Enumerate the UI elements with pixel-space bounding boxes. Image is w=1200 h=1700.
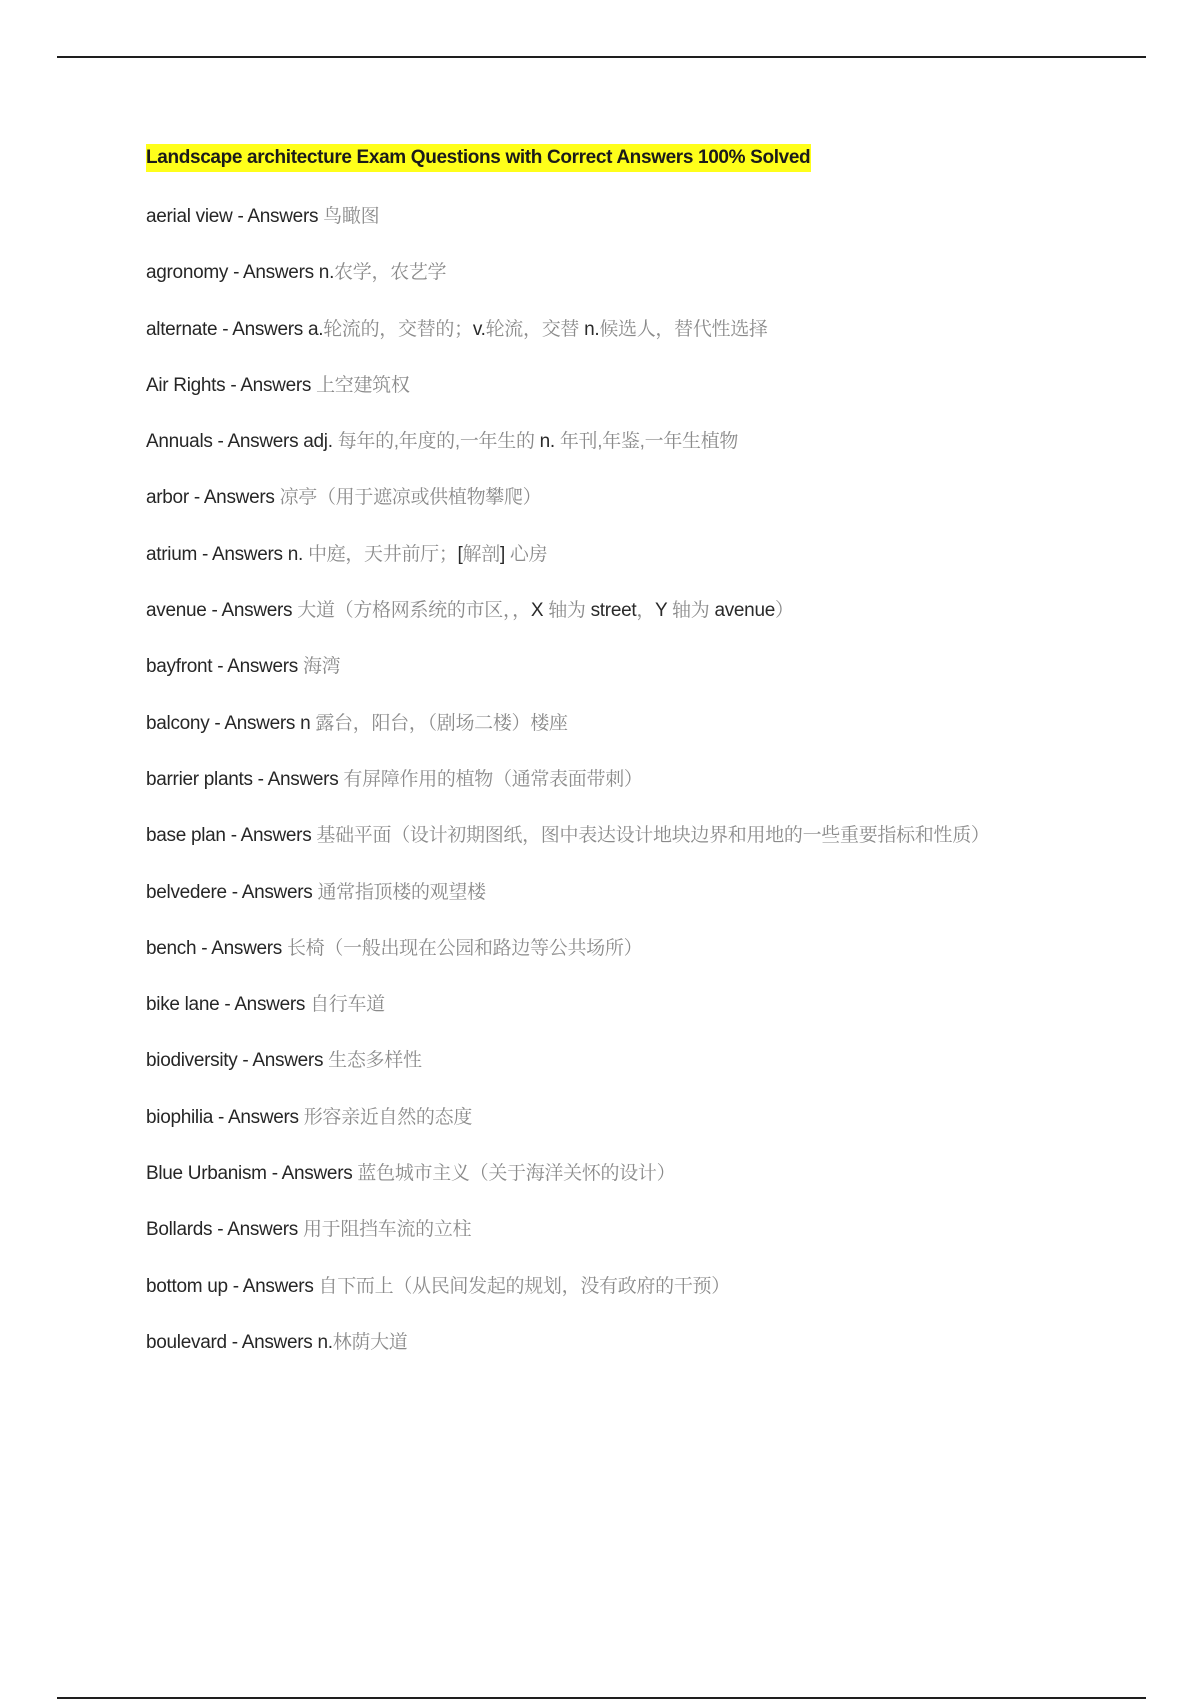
entry-answer: a.轮流的，交替的；v.轮流，交替 n.候选人，替代性选择 — [308, 319, 768, 340]
entry-separator: - — [258, 769, 264, 790]
qa-entry: base plan - Answers 基础平面（设计初期图纸，图中表达设计地块… — [146, 819, 1086, 853]
answer-cjk-segment: 露台，阳台，（剧场二楼）楼座 — [315, 713, 567, 734]
answers-label: Answers — [234, 994, 305, 1015]
answers-label: Answers — [243, 1276, 314, 1297]
header-rule — [57, 56, 1146, 58]
answers-label: Answers — [252, 1050, 323, 1071]
qa-entry: bottom up - Answers 自下而上（从民间发起的规划，没有政府的干… — [146, 1270, 1086, 1304]
answer-cjk-segment: 候选人，替代性选择 — [599, 319, 767, 340]
qa-entry: boulevard - Answers n.林荫大道 — [146, 1326, 1086, 1360]
entry-term: aerial view — [146, 206, 232, 227]
entry-term: barrier plants — [146, 769, 253, 790]
qa-entry: avenue - Answers 大道（方格网系统的市区，，X 轴为 stree… — [146, 594, 1086, 628]
entry-answer: 有屏障作用的植物（通常表面带刺） — [343, 769, 642, 790]
entry-separator: - — [217, 656, 223, 677]
qa-list: aerial view - Answers 鸟瞰图agronomy - Answ… — [146, 200, 1086, 1360]
answer-cjk-segment: 形容亲近自然的态度 — [304, 1107, 472, 1128]
entry-term: alternate — [146, 319, 217, 340]
answer-latin-segment: Y — [655, 600, 672, 621]
answer-latin-segment: n. — [288, 544, 308, 565]
entry-separator: - — [231, 825, 237, 846]
entry-separator: - — [233, 1276, 239, 1297]
answers-label: Answers — [242, 882, 313, 903]
answer-cjk-segment: 上空建筑权 — [316, 375, 410, 396]
answers-label: Answers — [243, 262, 314, 283]
entry-separator: - — [202, 544, 208, 565]
answer-cjk-segment: 轴为 — [672, 600, 714, 621]
entry-separator: - — [212, 600, 218, 621]
entry-term: Blue Urbanism — [146, 1163, 267, 1184]
qa-entry: bayfront - Answers 海湾 — [146, 650, 1086, 684]
answer-latin-segment: street — [591, 600, 637, 621]
answer-cjk-segment: 自下而上（从民间发起的规划，没有政府的干预） — [319, 1276, 730, 1297]
answer-cjk-segment: 轮流，交替 — [486, 319, 584, 340]
entry-term: arbor — [146, 487, 189, 508]
entry-separator: - — [233, 262, 239, 283]
entry-separator: - — [218, 431, 224, 452]
entry-term: avenue — [146, 600, 207, 621]
entry-term: belvedere — [146, 882, 227, 903]
qa-entry: Blue Urbanism - Answers 蓝色城市主义（关于海洋关怀的设计… — [146, 1157, 1086, 1191]
answer-cjk-segment: 通常指顶楼的观望楼 — [317, 882, 485, 903]
entry-answer: 蓝色城市主义（关于海洋关怀的设计） — [357, 1163, 675, 1184]
entry-term: agronomy — [146, 262, 228, 283]
answer-cjk-segment: 轮流的，交替的； — [323, 319, 473, 340]
answer-latin-segment: adj. — [303, 431, 337, 452]
entry-term: bike lane — [146, 994, 219, 1015]
answer-cjk-segment: 长椅（一般出现在公园和路边等公共场所） — [287, 938, 642, 959]
answers-label: Answers — [241, 825, 312, 846]
answers-label: Answers — [268, 769, 339, 790]
answer-latin-segment: ] — [500, 544, 510, 565]
entry-separator: - — [217, 1219, 223, 1240]
entry-term: boulevard — [146, 1332, 227, 1353]
answers-label: Answers — [222, 600, 293, 621]
entry-answer: 自行车道 — [310, 994, 385, 1015]
entry-separator: - — [230, 375, 236, 396]
entry-answer: n. 中庭，天井前厅；[解剖] 心房 — [288, 544, 548, 565]
qa-entry: arbor - Answers 凉亭（用于遮凉或供植物攀爬） — [146, 481, 1086, 515]
answers-label: Answers — [228, 431, 299, 452]
entry-separator: - — [201, 938, 207, 959]
entry-term: Bollards — [146, 1219, 212, 1240]
entry-term: biodiversity — [146, 1050, 237, 1071]
entry-answer: adj. 每年的,年度的,一年生的 n. 年刊,年鉴,一年生植物 — [303, 431, 738, 452]
qa-entry: belvedere - Answers 通常指顶楼的观望楼 — [146, 876, 1086, 910]
entry-term: Air Rights — [146, 375, 225, 396]
answer-cjk-segment: 每年的,年度的,一年生的 — [338, 431, 540, 452]
entry-answer: 凉亭（用于遮凉或供植物攀爬） — [280, 487, 542, 508]
entry-separator: - — [272, 1163, 278, 1184]
footer-rule — [57, 1697, 1146, 1699]
entry-answer: 通常指顶楼的观望楼 — [317, 882, 485, 903]
answer-cjk-segment: 基础平面（设计初期图纸，图中表达设计地块边界和用地的一些重要指标和性质） — [316, 825, 989, 846]
entry-term: Annuals — [146, 431, 213, 452]
entry-separator: - — [214, 713, 220, 734]
entry-answer: 大道（方格网系统的市区，，X 轴为 street，Y 轴为 avenue） — [297, 600, 793, 621]
qa-entry: aerial view - Answers 鸟瞰图 — [146, 200, 1086, 234]
entry-term: bottom up — [146, 1276, 228, 1297]
entry-separator: - — [218, 1107, 224, 1128]
qa-entry: bike lane - Answers 自行车道 — [146, 988, 1086, 1022]
entry-term: base plan — [146, 825, 226, 846]
entry-answer: 鸟瞰图 — [323, 206, 379, 227]
answer-latin-segment: v. — [473, 319, 486, 340]
answer-cjk-segment: 自行车道 — [310, 994, 385, 1015]
answers-label: Answers — [242, 1332, 313, 1353]
entry-term: balcony — [146, 713, 209, 734]
document-body: Landscape architecture Exam Questions wi… — [146, 144, 1086, 1382]
entry-answer: 海湾 — [303, 656, 340, 677]
qa-entry: Bollards - Answers 用于阻挡车流的立柱 — [146, 1213, 1086, 1247]
qa-entry: agronomy - Answers n.农学，农艺学 — [146, 256, 1086, 290]
entry-separator: - — [242, 1050, 248, 1071]
answers-label: Answers — [282, 1163, 353, 1184]
answer-cjk-segment: 有屏障作用的植物（通常表面带刺） — [343, 769, 642, 790]
answer-cjk-segment: 农学，农艺学 — [334, 262, 446, 283]
answer-cjk-segment: 解剖 — [463, 544, 500, 565]
entry-answer: 长椅（一般出现在公园和路边等公共场所） — [287, 938, 642, 959]
answer-latin-segment: n. — [317, 1332, 332, 1353]
answers-label: Answers — [247, 206, 318, 227]
answers-label: Answers — [211, 938, 282, 959]
entry-answer: 形容亲近自然的态度 — [304, 1107, 472, 1128]
entry-term: bayfront — [146, 656, 212, 677]
answer-cjk-segment: 用于阻挡车流的立柱 — [303, 1219, 471, 1240]
answer-cjk-segment: 年刊,年鉴,一年生植物 — [560, 431, 738, 452]
entry-answer: 自下而上（从民间发起的规划，没有政府的干预） — [319, 1276, 730, 1297]
answer-cjk-segment: ， — [636, 600, 655, 621]
entry-separator: - — [224, 994, 230, 1015]
entry-term: atrium — [146, 544, 197, 565]
qa-entry: balcony - Answers n 露台，阳台，（剧场二楼）楼座 — [146, 707, 1086, 741]
answer-cjk-segment: 林荫大道 — [333, 1332, 408, 1353]
answer-cjk-segment: 蓝色城市主义（关于海洋关怀的设计） — [357, 1163, 675, 1184]
answers-label: Answers — [212, 544, 283, 565]
answers-label: Answers — [228, 1107, 299, 1128]
answer-cjk-segment: 鸟瞰图 — [323, 206, 379, 227]
qa-entry: Annuals - Answers adj. 每年的,年度的,一年生的 n. 年… — [146, 425, 1086, 459]
answer-latin-segment: avenue — [714, 600, 775, 621]
answer-cjk-segment: 心房 — [510, 544, 547, 565]
answer-cjk-segment: 凉亭（用于遮凉或供植物攀爬） — [280, 487, 542, 508]
answer-latin-segment: n. — [584, 319, 599, 340]
answer-latin-segment: n. — [540, 431, 560, 452]
entry-separator: - — [222, 319, 228, 340]
answers-label: Answers — [227, 1219, 298, 1240]
answers-label: Answers — [232, 319, 303, 340]
answer-cjk-segment: 轴为 — [548, 600, 590, 621]
answer-cjk-segment: 大道（方格网系统的市区，， — [297, 600, 531, 621]
answers-label: Answers — [204, 487, 275, 508]
entry-answer: 用于阻挡车流的立柱 — [303, 1219, 471, 1240]
answers-label: Answers — [227, 656, 298, 677]
entry-answer: 生态多样性 — [328, 1050, 422, 1071]
answer-latin-segment: a. — [308, 319, 323, 340]
qa-entry: atrium - Answers n. 中庭，天井前厅；[解剖] 心房 — [146, 538, 1086, 572]
title-block: Landscape architecture Exam Questions wi… — [146, 144, 1086, 174]
answers-label: Answers — [224, 713, 295, 734]
entry-answer: n.农学，农艺学 — [319, 262, 446, 283]
qa-entry: biophilia - Answers 形容亲近自然的态度 — [146, 1101, 1086, 1135]
entry-answer: 基础平面（设计初期图纸，图中表达设计地块边界和用地的一些重要指标和性质） — [316, 825, 989, 846]
entry-separator: - — [237, 206, 243, 227]
answer-latin-segment: n — [300, 713, 315, 734]
qa-entry: bench - Answers 长椅（一般出现在公园和路边等公共场所） — [146, 932, 1086, 966]
qa-entry: biodiversity - Answers 生态多样性 — [146, 1044, 1086, 1078]
entry-term: bench — [146, 938, 196, 959]
answer-cjk-segment: 中庭，天井前厅； — [308, 544, 458, 565]
answer-latin-segment: X — [531, 600, 548, 621]
answers-label: Answers — [240, 375, 311, 396]
entry-answer: 上空建筑权 — [316, 375, 410, 396]
answer-cjk-segment: 生态多样性 — [328, 1050, 422, 1071]
entry-answer: n 露台，阳台，（剧场二楼）楼座 — [300, 713, 568, 734]
answer-cjk-segment: ） — [775, 600, 794, 621]
answer-latin-segment: n. — [319, 262, 334, 283]
answer-cjk-segment: 海湾 — [303, 656, 340, 677]
qa-entry: alternate - Answers a.轮流的，交替的；v.轮流，交替 n.… — [146, 313, 1086, 347]
entry-term: biophilia — [146, 1107, 213, 1128]
document-title: Landscape architecture Exam Questions wi… — [146, 144, 811, 172]
entry-separator: - — [232, 1332, 238, 1353]
qa-entry: Air Rights - Answers 上空建筑权 — [146, 369, 1086, 403]
qa-entry: barrier plants - Answers 有屏障作用的植物（通常表面带刺… — [146, 763, 1086, 797]
entry-separator: - — [232, 882, 238, 903]
entry-answer: n.林荫大道 — [317, 1332, 407, 1353]
entry-separator: - — [194, 487, 200, 508]
